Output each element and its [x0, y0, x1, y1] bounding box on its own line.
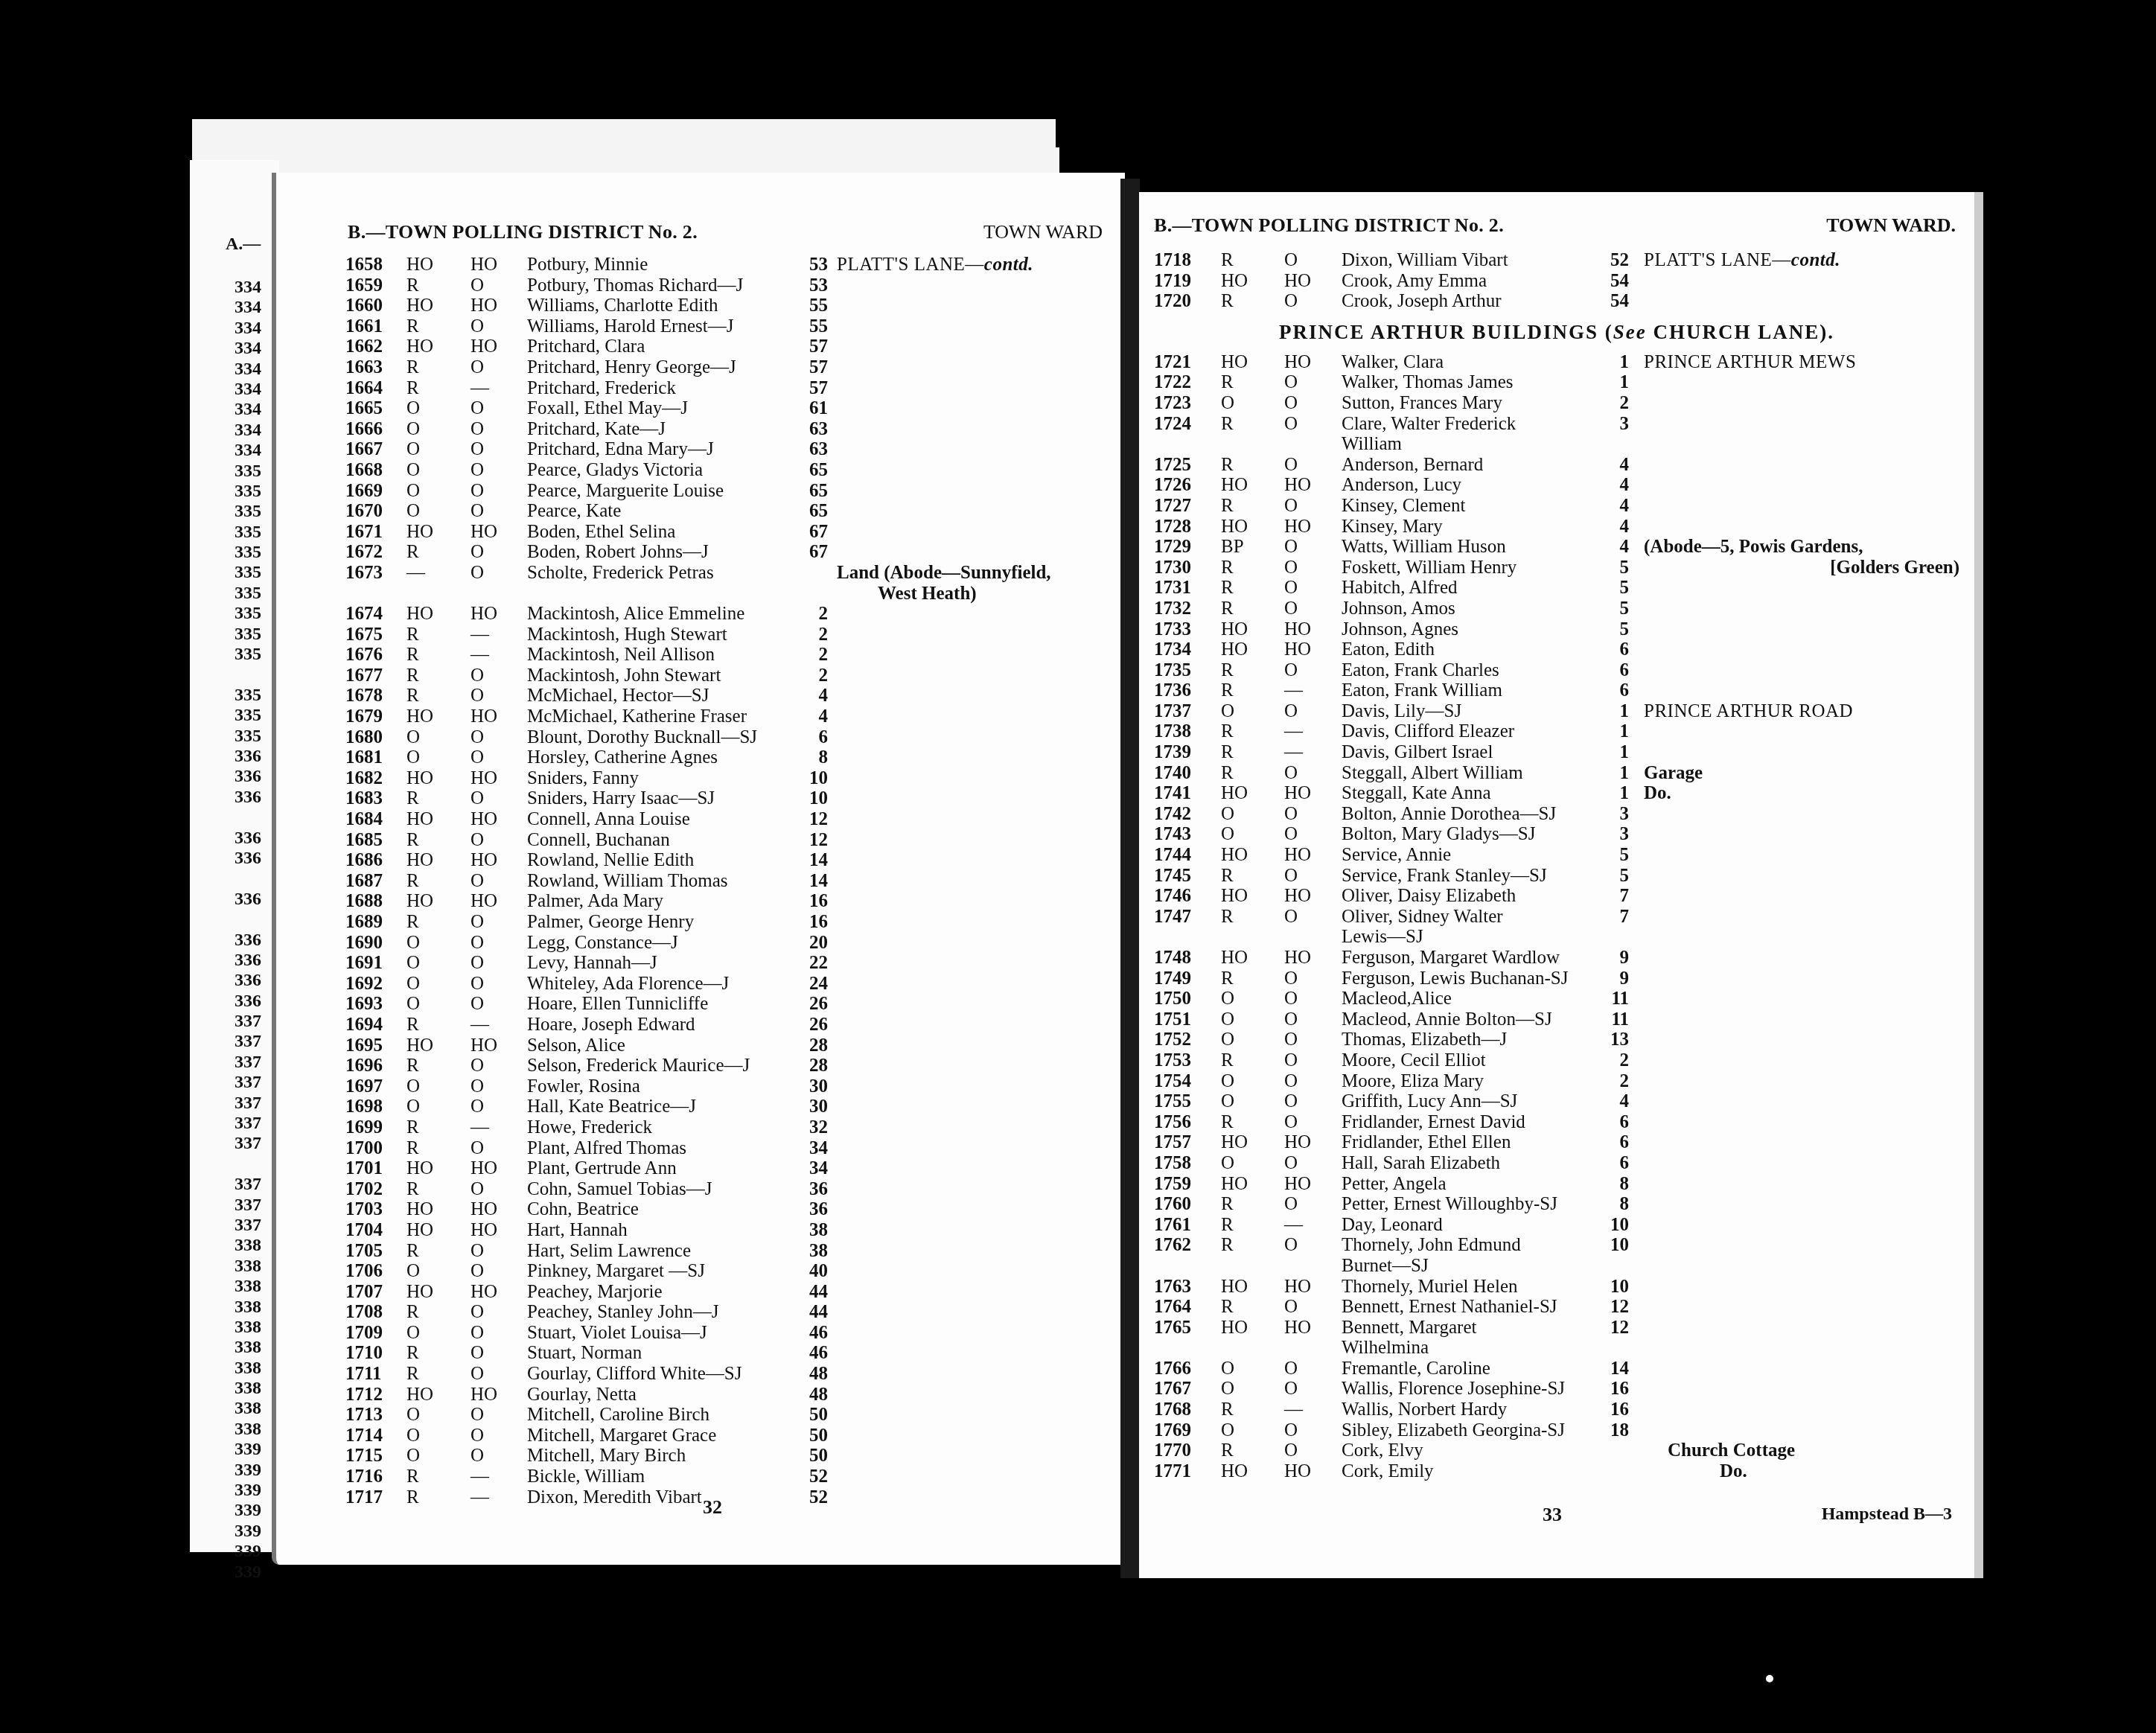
qualification-code: HO [406, 809, 459, 830]
qualification-code: BP [1221, 537, 1273, 558]
qualification-code-2: HO [1284, 619, 1336, 640]
qualification-code: HO [1221, 352, 1273, 373]
elector-number: 1717 [345, 1487, 390, 1508]
qualification-code-2: HO [471, 1158, 523, 1179]
qualification-code-2: O [1284, 578, 1336, 599]
qualification-code: HO [406, 706, 459, 727]
elector-number: 1734 [1154, 639, 1199, 660]
qualification-code: HO [1221, 517, 1273, 537]
elector-name: Dixon, William Vibart [1342, 250, 1508, 271]
qualification-code: R [406, 1117, 459, 1138]
qualification-code: R [406, 830, 459, 851]
elector-row: 1713OOMitchell, Caroline Birch50 [345, 1405, 1110, 1426]
qualification-code: R [1221, 907, 1273, 928]
qualification-code-2: O [471, 747, 523, 768]
elector-row: 1682HOHOSniders, Fanny10 [345, 768, 1110, 789]
qualification-code: R [406, 666, 459, 686]
elector-row: 1761R—Day, Leonard10 [1154, 1215, 1959, 1236]
house-number: 4 [798, 706, 828, 727]
qualification-code: O [406, 974, 459, 995]
qualification-code: R [1221, 1440, 1273, 1461]
elector-row-continuation: West Heath) [345, 584, 1110, 604]
elector-row: 1751OOMacleod, Annie Bolton—SJ11 [1154, 1009, 1959, 1030]
elector-number: 1682 [345, 768, 390, 789]
qualification-code: O [406, 439, 459, 460]
elector-number: 1687 [345, 871, 390, 892]
elector-name: Day, Leonard [1342, 1215, 1443, 1236]
elector-row: 1687RORowland, William Thomas14 [345, 871, 1110, 892]
elector-row: 1667OOPritchard, Edna Mary—J63 [345, 439, 1110, 460]
house-number: 2 [798, 625, 828, 645]
elector-row: 1668OOPearce, Gladys Victoria65 [345, 460, 1110, 481]
qualification-code-2: HO [1284, 271, 1336, 292]
house-number: 67 [798, 522, 828, 543]
elector-row: 1756ROFridlander, Ernest David6 [1154, 1112, 1959, 1133]
qualification-code: HO [406, 1385, 459, 1405]
elector-name: Johnson, Amos [1342, 599, 1455, 619]
elector-number: 1730 [1154, 558, 1199, 578]
house-number: 6 [1599, 1153, 1629, 1174]
house-number: 1 [1599, 721, 1629, 742]
qualification-code: HO [1221, 271, 1273, 292]
qualification-code: O [406, 933, 459, 954]
qualification-code: O [406, 1405, 459, 1426]
qualification-code-2: HO [471, 1035, 523, 1056]
elector-row: 1677ROMackintosh, John Stewart2 [345, 666, 1110, 686]
elector-row: 1692OOWhiteley, Ada Florence—J24 [345, 974, 1110, 995]
qualification-code-2: O [1284, 537, 1336, 558]
elector-name: Service, Annie [1342, 845, 1451, 866]
qualification-code-2: — [471, 1466, 523, 1487]
elector-number: 1673 [345, 563, 390, 584]
house-number: 18 [1599, 1420, 1629, 1441]
house-number: 16 [1599, 1400, 1629, 1420]
qualification-code: R [406, 871, 459, 892]
house-number: 54 [1599, 291, 1629, 312]
qualification-code: O [1221, 1091, 1273, 1112]
elector-row: 1737OODavis, Lily—SJ1PRINCE ARTHUR ROAD [1154, 701, 1959, 722]
elector-name: Watts, William Huson [1342, 537, 1506, 558]
elector-name: Potbury, Thomas Richard—J [527, 275, 743, 296]
elector-name: Wilhelmina [1342, 1338, 1429, 1359]
house-number: 2 [798, 666, 828, 686]
elector-name: Palmer, Ada Mary [527, 891, 663, 912]
qualification-code-2: O [471, 563, 523, 584]
elector-list: 1718RODixon, William Vibart52PLATT'S LAN… [1154, 250, 1959, 1481]
elector-number: 1732 [1154, 599, 1199, 619]
qualification-code: O [406, 1097, 459, 1117]
elector-row: 1757HOHOFridlander, Ethel Ellen6 [1154, 1132, 1959, 1153]
qualification-code: R [406, 316, 459, 337]
qualification-code: O [406, 460, 459, 481]
qualification-code: O [1221, 1420, 1273, 1441]
qualification-code: HO [1221, 475, 1273, 496]
elector-name: Cohn, Beatrice [527, 1199, 639, 1220]
elector-name: Potbury, Minnie [527, 255, 648, 275]
elector-number: 1693 [345, 994, 390, 1015]
elector-name: Crook, Amy Emma [1342, 271, 1487, 292]
elector-row: 1753ROMoore, Cecil Elliot2 [1154, 1050, 1959, 1071]
house-number: 44 [798, 1302, 828, 1323]
elector-row: 1683ROSniders, Harry Isaac—SJ10 [345, 788, 1110, 809]
elector-name: Bolton, Annie Dorothea—SJ [1342, 804, 1556, 825]
house-number: 48 [798, 1385, 828, 1405]
elector-row: 1691OOLevy, Hannah—J22 [345, 953, 1110, 974]
house-number: 46 [798, 1343, 828, 1364]
elector-number: 1663 [345, 357, 390, 378]
elector-number: 1690 [345, 933, 390, 954]
qualification-code: R [1221, 414, 1273, 435]
qualification-code: R [1221, 1297, 1273, 1318]
qualification-code-2: — [471, 378, 523, 399]
elector-name: Sutton, Frances Mary [1342, 393, 1502, 414]
elector-number: 1735 [1154, 660, 1199, 681]
house-number: 30 [798, 1097, 828, 1117]
qualification-code-2: HO [1284, 845, 1336, 866]
qualification-code-2: O [471, 1323, 523, 1344]
elector-name: Ferguson, Lewis Buchanan-SJ [1342, 968, 1568, 989]
elector-row: 1741HOHOSteggall, Kate Anna1 Do. [1154, 783, 1959, 804]
elector-row: 1740ROSteggall, Albert William1Garage [1154, 763, 1959, 784]
house-number: 50 [798, 1446, 828, 1466]
elector-name: Connell, Anna Louise [527, 809, 690, 830]
elector-name: Gourlay, Clifford White—SJ [527, 1364, 741, 1385]
elector-number: 1737 [1154, 701, 1199, 722]
house-number: 46 [798, 1323, 828, 1344]
qualification-code: R [1221, 1400, 1273, 1420]
elector-row: 1763HOHOThornely, Muriel Helen10 [1154, 1277, 1959, 1298]
elector-number: 1659 [345, 275, 390, 296]
qualification-code-2: HO [1284, 1461, 1336, 1482]
qualification-code: O [1221, 989, 1273, 1009]
elector-number: 1714 [345, 1426, 390, 1446]
qualification-code: HO [406, 1158, 459, 1179]
house-number: 11 [1599, 1009, 1629, 1030]
elector-row: 1665OOFoxall, Ethel May—J61 [345, 398, 1110, 419]
elector-name: Davis, Clifford Eleazer [1342, 721, 1514, 742]
elector-number: 1769 [1154, 1420, 1199, 1441]
elector-row: 1727ROKinsey, Clement4 [1154, 496, 1959, 517]
address: West Heath) [878, 584, 977, 604]
elector-name: Pritchard, Edna Mary—J [527, 439, 714, 460]
elector-row: 1734HOHOEaton, Edith6 [1154, 639, 1959, 660]
qualification-code-2: O [471, 727, 523, 748]
qualification-code: R [1221, 558, 1273, 578]
elector-number: 1715 [345, 1446, 390, 1466]
address-text: PLATT'S LANE— [837, 255, 984, 275]
elector-number: 1755 [1154, 1091, 1199, 1112]
house-number: 53 [798, 275, 828, 296]
house-number: 34 [798, 1158, 828, 1179]
elector-name: Dixon, Meredith Vibart [527, 1487, 702, 1508]
qualification-code-2: O [471, 275, 523, 296]
elector-number: 1756 [1154, 1112, 1199, 1133]
address: (Abode—5, Powis Gardens, [1644, 537, 1863, 558]
elector-row: 1689ROPalmer, George Henry16 [345, 912, 1110, 933]
qualification-code-2: — [471, 625, 523, 645]
qualification-code: O [406, 481, 459, 502]
address: Garage [1644, 763, 1703, 784]
qualification-code-2: O [1284, 804, 1336, 825]
elector-number: 1743 [1154, 824, 1199, 845]
elector-row: 1721HOHOWalker, Clara1PRINCE ARTHUR MEWS [1154, 352, 1959, 373]
house-number: 36 [798, 1199, 828, 1220]
house-number: 9 [1599, 968, 1629, 989]
elector-row-continuation: Lewis—SJ [1154, 927, 1959, 948]
elector-row: 1726HOHOAnderson, Lucy4 [1154, 475, 1959, 496]
elector-row: 1744HOHOService, Annie5 [1154, 845, 1959, 866]
elector-row: 1703HOHOCohn, Beatrice36 [345, 1199, 1110, 1220]
elector-name: Service, Frank Stanley—SJ [1342, 866, 1547, 887]
address: Land (Abode—Sunnyfield, [837, 563, 1051, 584]
elector-number: 1761 [1154, 1215, 1199, 1236]
elector-number: 1727 [1154, 496, 1199, 517]
elector-name: Walker, Clara [1342, 352, 1444, 373]
elector-number: 1765 [1154, 1318, 1199, 1338]
district-title: B.—TOWN POLLING DISTRICT No. 2. [348, 221, 698, 243]
elector-number: 1677 [345, 666, 390, 686]
elector-row: 1670OOPearce, Kate65 [345, 501, 1110, 522]
qualification-code: O [1221, 701, 1273, 722]
elector-row: 1750OOMacleod,Alice11 [1154, 989, 1959, 1009]
elector-name: Mitchell, Mary Birch [527, 1446, 686, 1466]
house-number: 53 [798, 255, 828, 275]
qualification-code-2: HO [471, 850, 523, 871]
qualification-code-2: HO [471, 255, 523, 275]
elector-name: Cohn, Samuel Tobias—J [527, 1179, 712, 1200]
elector-row: 1664R—Pritchard, Frederick57 [345, 378, 1110, 399]
elector-name: Sibley, Elizabeth Georgina-SJ [1342, 1420, 1565, 1441]
qualification-code: R [1221, 763, 1273, 784]
elector-number: 1748 [1154, 948, 1199, 968]
house-number: 24 [798, 974, 828, 995]
elector-row: 1672ROBoden, Robert Johns—J67 [345, 542, 1110, 563]
qualification-code-2: O [471, 1179, 523, 1200]
house-number: 63 [798, 419, 828, 440]
elector-name: Hoare, Joseph Edward [527, 1015, 695, 1035]
qualification-code-2: O [1284, 989, 1336, 1009]
qualification-code-2: O [471, 316, 523, 337]
qualification-code: O [1221, 1071, 1273, 1092]
elector-name: Whiteley, Ada Florence—J [527, 974, 729, 995]
elector-number: 1759 [1154, 1174, 1199, 1195]
elector-row: 1723OOSutton, Frances Mary2 [1154, 393, 1959, 414]
house-number: 36 [798, 1179, 828, 1200]
house-number: 2 [798, 645, 828, 666]
stacked-page-edge [192, 119, 1056, 151]
house-number: 54 [1599, 271, 1629, 292]
qualification-code-2: — [1284, 742, 1336, 763]
elector-row: 1733HOHOJohnson, Agnes5 [1154, 619, 1959, 640]
elector-row: 1719HOHOCrook, Amy Emma54 [1154, 271, 1959, 292]
elector-row: 1700ROPlant, Alfred Thomas34 [345, 1138, 1110, 1159]
house-number: 44 [798, 1282, 828, 1303]
elector-name: Legg, Constance—J [527, 933, 678, 954]
stacked-page-edge [192, 147, 1059, 175]
house-number: 28 [798, 1056, 828, 1076]
elector-name: Macleod, Annie Bolton—SJ [1342, 1009, 1552, 1030]
qualification-code-2: O [1284, 1440, 1336, 1461]
elector-row: 1693OOHoare, Ellen Tunnicliffe26 [345, 994, 1110, 1015]
elector-name: Pritchard, Henry George—J [527, 357, 736, 378]
qualification-code: R [1221, 1050, 1273, 1071]
elector-name: Lewis—SJ [1342, 927, 1423, 948]
elector-number: 1700 [345, 1138, 390, 1159]
elector-number: 1704 [345, 1220, 390, 1241]
elector-number: 1672 [345, 542, 390, 563]
qualification-code: O [406, 727, 459, 748]
qualification-code: — [406, 563, 459, 584]
house-number: 3 [1599, 804, 1629, 825]
elector-number: 1683 [345, 788, 390, 809]
qualification-code-2: O [1284, 393, 1336, 414]
house-number: 3 [1599, 824, 1629, 845]
qualification-code-2: O [471, 1138, 523, 1159]
page-number: 32 [703, 1496, 722, 1519]
house-number: 1 [1599, 372, 1629, 393]
elector-name: Mackintosh, Neil Allison [527, 645, 715, 666]
house-number: 65 [798, 501, 828, 522]
qualification-code-2: HO [1284, 783, 1336, 804]
elector-name: Howe, Frederick [527, 1117, 652, 1138]
elector-number: 1699 [345, 1117, 390, 1138]
qualification-code-2: O [1284, 866, 1336, 887]
house-number: 12 [798, 809, 828, 830]
house-number: 22 [798, 953, 828, 974]
house-number: 2 [1599, 1071, 1629, 1092]
qualification-code-2: O [1284, 455, 1336, 476]
elector-row: 1735ROEaton, Frank Charles6 [1154, 660, 1959, 681]
qualification-code: O [1221, 1379, 1273, 1400]
elector-row: 1686HOHORowland, Nellie Edith14 [345, 850, 1110, 871]
elector-name: Pearce, Gladys Victoria [527, 460, 703, 481]
elector-name: Bickle, William [527, 1466, 645, 1487]
qualification-code: R [1221, 680, 1273, 701]
qualification-code: O [406, 1323, 459, 1344]
elector-number: 1712 [345, 1385, 390, 1405]
qualification-code: O [406, 747, 459, 768]
elector-block-platts-lane: 1718RODixon, William Vibart52PLATT'S LAN… [1154, 250, 1959, 312]
qualification-code: HO [406, 1282, 459, 1303]
house-number: 4 [1599, 537, 1629, 558]
qualification-code-2: O [1284, 907, 1336, 928]
elector-name: Kinsey, Clement [1342, 496, 1465, 517]
house-number: 48 [798, 1364, 828, 1385]
qualification-code-2: O [1284, 1420, 1336, 1441]
house-number: 12 [1599, 1318, 1629, 1338]
qualification-code-2: HO [471, 809, 523, 830]
elector-number: 1701 [345, 1158, 390, 1179]
elector-number: 1703 [345, 1199, 390, 1220]
elector-row: 1754OOMoore, Eliza Mary2 [1154, 1071, 1959, 1092]
elector-row: 1738R—Davis, Clifford Eleazer1 [1154, 721, 1959, 742]
elector-row: 1694R—Hoare, Joseph Edward26 [345, 1015, 1110, 1035]
elector-number: 1676 [345, 645, 390, 666]
elector-number: 1757 [1154, 1132, 1199, 1153]
elector-name: Davis, Gilbert Israel [1342, 742, 1493, 763]
elector-row: 1739R—Davis, Gilbert Israel1 [1154, 742, 1959, 763]
elector-number: 1767 [1154, 1379, 1199, 1400]
elector-name: Steggall, Albert William [1342, 763, 1523, 784]
elector-row: 1680OOBlount, Dorothy Bucknall—SJ6 [345, 727, 1110, 748]
qualification-code-2: — [1284, 1215, 1336, 1236]
qualification-code: HO [406, 336, 459, 357]
elector-row: 1698OOHall, Kate Beatrice—J30 [345, 1097, 1110, 1117]
qualification-code-2: O [471, 542, 523, 563]
qualification-code: R [406, 1487, 459, 1508]
qualification-code: O [1221, 1153, 1273, 1174]
house-number: 6 [1599, 660, 1629, 681]
elector-row: 1699R—Howe, Frederick32 [345, 1117, 1110, 1138]
qualification-code: HO [406, 1220, 459, 1241]
qualification-code: O [406, 419, 459, 440]
house-number: 6 [1599, 680, 1629, 701]
house-number: 52 [798, 1487, 828, 1508]
elector-number: 1692 [345, 974, 390, 995]
house-number: 6 [1599, 1132, 1629, 1153]
elector-name: Hall, Sarah Elizabeth [1342, 1153, 1500, 1174]
house-number: 7 [1599, 886, 1629, 907]
qualification-code: O [406, 994, 459, 1015]
elector-row: 1661ROWilliams, Harold Ernest—J55 [345, 316, 1110, 337]
house-number: 9 [1599, 948, 1629, 968]
house-number: 34 [798, 1138, 828, 1159]
elector-name: Palmer, George Henry [527, 912, 694, 933]
elector-name: Mitchell, Margaret Grace [527, 1426, 716, 1446]
qualification-code-2: O [1284, 1112, 1336, 1133]
elector-row: 1759HOHOPetter, Angela8 [1154, 1174, 1959, 1195]
elector-name: Selson, Alice [527, 1035, 625, 1056]
house-number: 12 [798, 830, 828, 851]
house-number: 14 [798, 871, 828, 892]
house-number: 5 [1599, 599, 1629, 619]
elector-row: 1742OOBolton, Annie Dorothea—SJ3 [1154, 804, 1959, 825]
qualification-code-2: O [471, 830, 523, 851]
house-number: 12 [1599, 1297, 1629, 1318]
elector-name: McMichael, Katherine Fraser [527, 706, 747, 727]
elector-name: Cork, Elvy [1342, 1440, 1423, 1461]
qualification-code-2: HO [1284, 352, 1336, 373]
elector-name: Fridlander, Ernest David [1342, 1112, 1525, 1133]
elector-name: Thornely, John Edmund [1342, 1235, 1521, 1256]
elector-number: 1689 [345, 912, 390, 933]
elector-name: Bennett, Margaret [1342, 1318, 1476, 1338]
qualification-code-2: HO [471, 768, 523, 789]
address: [Golders Green) [1830, 558, 1959, 578]
address-suffix: contd. [984, 255, 1033, 275]
qualification-code-2: O [1284, 558, 1336, 578]
elector-name: Mackintosh, John Stewart [527, 666, 721, 686]
qualification-code-2: O [471, 994, 523, 1015]
elector-name: William [1342, 434, 1402, 455]
back-page-header: A.— [226, 234, 261, 255]
qualification-code: R [1221, 372, 1273, 393]
elector-number: 1670 [345, 501, 390, 522]
elector-row: 1767OOWallis, Florence Josephine-SJ16 [1154, 1379, 1959, 1400]
house-number: 52 [1599, 250, 1629, 271]
qualification-code-2: O [471, 460, 523, 481]
elector-name: Anderson, Lucy [1342, 475, 1461, 496]
elector-number: 1751 [1154, 1009, 1199, 1030]
house-number: 38 [798, 1220, 828, 1241]
elector-number: 1728 [1154, 517, 1199, 537]
qualification-code-2: O [471, 1241, 523, 1262]
qualification-code-2: O [1284, 824, 1336, 845]
elector-number: 1716 [345, 1466, 390, 1487]
qualification-code: R [406, 1343, 459, 1364]
elector-number: 1661 [345, 316, 390, 337]
elector-block-prince-arthur: 1721HOHOWalker, Clara1PRINCE ARTHUR MEWS… [1154, 352, 1959, 1482]
